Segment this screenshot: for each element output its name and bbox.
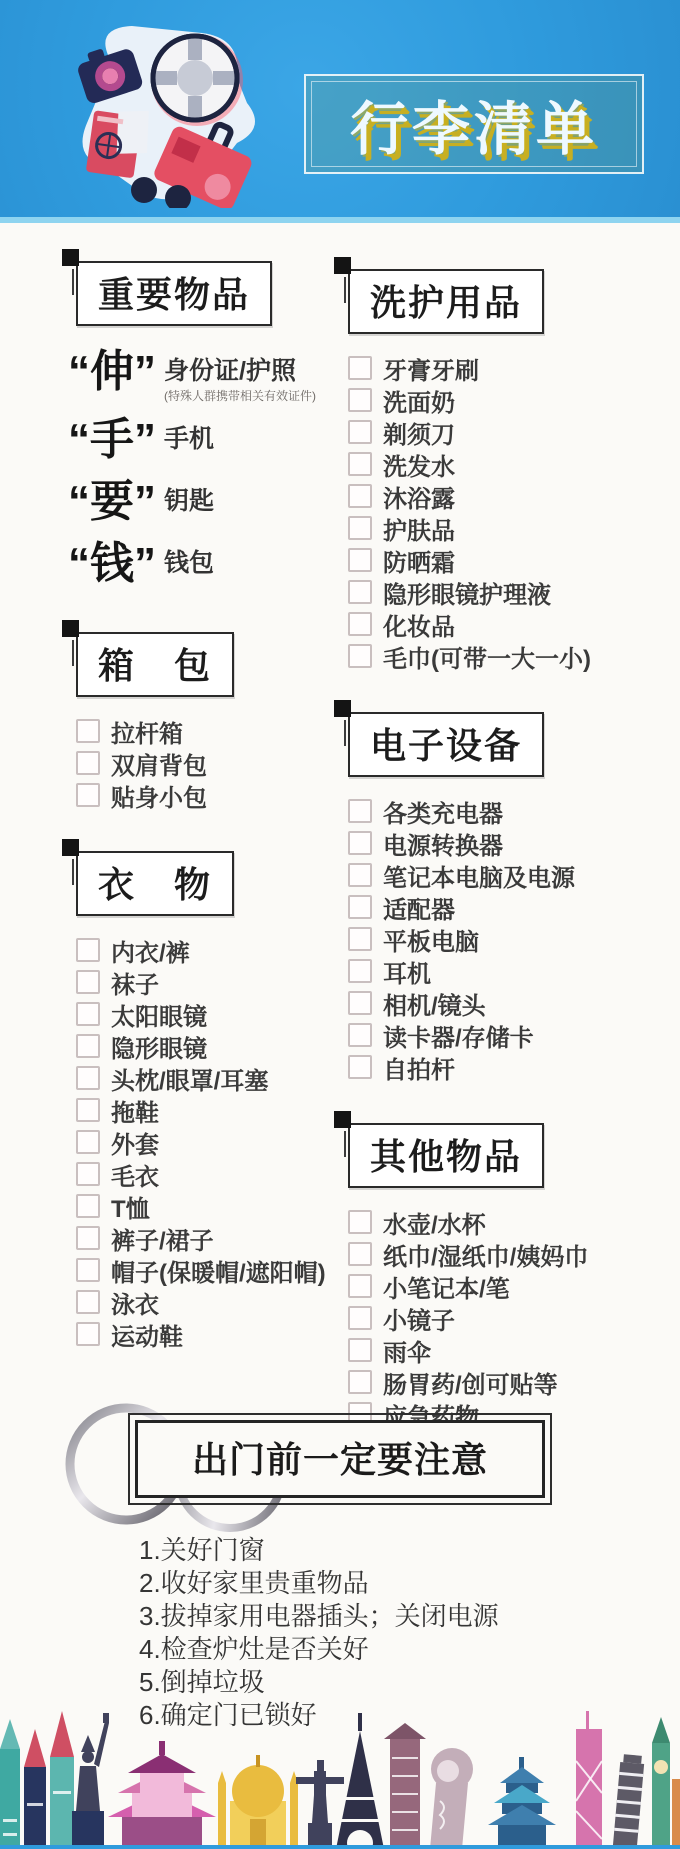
checkbox[interactable] <box>76 1066 100 1090</box>
mnemonic-note: (特殊人群携带相关有效证件) <box>164 387 316 404</box>
checklist-item-label: 洗发水 <box>383 447 455 482</box>
checkbox[interactable] <box>76 1098 100 1122</box>
checklist-item: 电源转换器 <box>348 827 664 859</box>
bank-of-china-tower <box>576 1711 602 1849</box>
checklist-item-label: 外套 <box>111 1125 159 1160</box>
mnemonic-label: 身份证/护照 <box>164 356 316 386</box>
checklist-item: 读卡器/存储卡 <box>348 1019 664 1051</box>
checklist-item-label: 自拍杆 <box>383 1050 455 1085</box>
checklist-item: 双肩背包 <box>76 747 320 779</box>
header-banner: 行李清单 <box>0 0 680 223</box>
checklist-item-label: 防晒霜 <box>383 543 455 578</box>
taj-mahal <box>218 1755 298 1849</box>
checklist-item-label: 内衣/裤 <box>111 933 190 968</box>
notice-item: 4.检查炉灶是否关好 <box>139 1633 559 1666</box>
bags-checklist: 拉杆箱 双肩背包 贴身小包 <box>62 715 320 811</box>
checklist-item-label: 笔记本电脑及电源 <box>383 858 575 893</box>
checklist-item: 笔记本电脑及电源 <box>348 859 664 891</box>
clothes-checklist: 内衣/裤 袜子 太阳眼镜 隐形眼镜 <box>62 934 320 1350</box>
checklist-item: 隐形眼镜 <box>76 1030 320 1062</box>
checklist-item: 自拍杆 <box>348 1051 664 1083</box>
big-ben <box>652 1717 680 1849</box>
checklist-item-label: 各类充电器 <box>383 794 503 829</box>
checklist-item: 平板电脑 <box>348 923 664 955</box>
checklist-item-label: 袜子 <box>111 965 159 1000</box>
checklist-item: 纸巾/湿纸巾/姨妈巾 <box>348 1238 664 1270</box>
checkbox[interactable] <box>348 1210 372 1234</box>
checklist-item-label: 头枕/眼罩/耳塞 <box>111 1061 268 1096</box>
checkbox[interactable] <box>348 1338 372 1362</box>
checklist-item: 适配器 <box>348 891 664 923</box>
checklist-item: 隐形眼镜护理液 <box>348 576 664 608</box>
travel-illustration <box>52 8 272 208</box>
mnemonic-label: 钱包 <box>164 548 214 578</box>
section-title-clothes: 衣 物 <box>76 851 234 916</box>
checklist-item-label: 拖鞋 <box>111 1093 159 1128</box>
checkbox[interactable] <box>76 1034 100 1058</box>
life-ring-icon <box>151 34 243 126</box>
page-title-box: 行李清单 <box>304 74 644 174</box>
world-landmarks-skyline <box>0 1671 680 1849</box>
checkbox[interactable] <box>76 783 100 807</box>
checklist-item-label: 运动鞋 <box>111 1317 183 1352</box>
checkbox[interactable] <box>348 420 372 444</box>
christ-the-redeemer <box>296 1760 344 1849</box>
section-title-bags: 箱 包 <box>76 632 234 697</box>
checklist-item-label: 剃须刀 <box>383 415 455 450</box>
checklist-item-label: 纸巾/湿纸巾/姨妈巾 <box>383 1237 588 1272</box>
checkbox[interactable] <box>348 580 372 604</box>
left-column: 重要物品 “伸” 身份证/护照 (特殊人群携带相关有效证件) “手” <box>62 223 320 1419</box>
checkbox[interactable] <box>348 927 372 951</box>
statue-of-liberty <box>72 1713 109 1849</box>
mnemonic-key: “伸” <box>68 346 156 398</box>
notice-item: 1.关好门窗 <box>139 1534 559 1567</box>
checklist-item: 泳衣 <box>76 1286 320 1318</box>
checklist-item-label: 雨伞 <box>383 1333 431 1368</box>
electronics-checklist: 各类充电器 电源转换器 笔记本电脑及电源 适配器 <box>334 795 664 1083</box>
checklist-item-label: 平板电脑 <box>383 922 479 957</box>
st-basils-cathedral <box>0 1711 74 1849</box>
checkbox[interactable] <box>76 1290 100 1314</box>
mnemonic-label: 手机 <box>164 424 214 454</box>
checklist-item-label: 太阳眼镜 <box>111 997 207 1032</box>
checkbox[interactable] <box>348 1055 372 1079</box>
merlion <box>430 1748 473 1849</box>
checklist-item: 护肤品 <box>348 512 664 544</box>
checklist-item: 耳机 <box>348 955 664 987</box>
checklist-item: 毛衣 <box>76 1158 320 1190</box>
checklist-item-label: 牙膏牙刷 <box>383 351 479 386</box>
checklist-item: 裤子/裙子 <box>76 1222 320 1254</box>
checklist-item-label: 隐形眼镜 <box>111 1029 207 1064</box>
checklist-item-label: 毛衣 <box>111 1157 159 1192</box>
checkbox[interactable] <box>348 863 372 887</box>
checklist-item: 各类充电器 <box>348 795 664 827</box>
bottom-border <box>0 1845 680 1849</box>
checklist-item: 相机/镜头 <box>348 987 664 1019</box>
checklist-item-label: 小镜子 <box>383 1301 455 1336</box>
toiletries-checklist: 牙膏牙刷 洗面奶 剃须刀 洗发水 <box>334 352 664 672</box>
checklist-item: 袜子 <box>76 966 320 998</box>
checkbox[interactable] <box>348 452 372 476</box>
mnemonic-item: “钱” 钱包 <box>68 538 320 590</box>
notice-item: 3.拔掉家用电器插头；关闭电源 <box>139 1600 559 1633</box>
checklist-item-label: 读卡器/存储卡 <box>383 1018 534 1053</box>
right-column: 洗护用品 牙膏牙刷 洗面奶 剃须刀 <box>334 223 664 1419</box>
checklist-item-label: 耳机 <box>383 954 431 989</box>
checklist-item: 剃须刀 <box>348 416 664 448</box>
checklist-item: 小镜子 <box>348 1302 664 1334</box>
checkbox[interactable] <box>348 959 372 983</box>
mnemonic-item: “伸” 身份证/护照 (特殊人群携带相关有效证件) <box>68 346 320 404</box>
packing-list-poster: 行李清单 重要物品 “伸” 身份证/护照 (特殊人群携带相关有效证件) <box>0 0 680 1849</box>
checklist-item: 洗发水 <box>348 448 664 480</box>
notice-title: 出门前一定要注意 <box>192 1439 488 1480</box>
checklist-item-label: 小笔记本/笔 <box>383 1269 510 1304</box>
checklist-item: 头枕/眼罩/耳塞 <box>76 1062 320 1094</box>
notice-title-box: 出门前一定要注意 <box>135 1420 545 1498</box>
checklist-item: 外套 <box>76 1126 320 1158</box>
checkbox[interactable] <box>76 1258 100 1282</box>
checkbox[interactable] <box>76 1130 100 1154</box>
checklist-item: 水壶/水杯 <box>348 1206 664 1238</box>
checkbox[interactable] <box>348 799 372 823</box>
japanese-pagoda <box>488 1757 556 1849</box>
checklist-item: 毛巾(可带一大一小) <box>348 640 664 672</box>
checklist-item-label: 隐形眼镜护理液 <box>383 575 551 610</box>
checkbox[interactable] <box>76 1226 100 1250</box>
checkbox[interactable] <box>348 1242 372 1266</box>
checklist-item-label: 洗面奶 <box>383 383 455 418</box>
checklist-item: 洗面奶 <box>348 384 664 416</box>
checklist-item-label: 相机/镜头 <box>383 986 486 1021</box>
checkbox[interactable] <box>348 548 372 572</box>
checklist-item: 沐浴露 <box>348 480 664 512</box>
checklist-columns: 重要物品 “伸” 身份证/护照 (特殊人群携带相关有效证件) “手” <box>0 223 680 1419</box>
mnemonic-item: “要” 钥匙 <box>68 476 320 528</box>
checkbox[interactable] <box>348 612 372 636</box>
checkbox[interactable] <box>348 1370 372 1394</box>
checkbox[interactable] <box>76 970 100 994</box>
checkbox[interactable] <box>348 895 372 919</box>
checklist-item-label: 双肩背包 <box>111 746 207 781</box>
checklist-item: 化妆品 <box>348 608 664 640</box>
checkbox[interactable] <box>348 1274 372 1298</box>
checkbox[interactable] <box>348 516 372 540</box>
checkbox[interactable] <box>76 1002 100 1026</box>
checkbox[interactable] <box>76 1322 100 1346</box>
checklist-item-label: 拉杆箱 <box>111 714 183 749</box>
mnemonic-key: “手” <box>68 414 156 466</box>
wheel-icon <box>131 177 157 203</box>
checklist-item: 运动鞋 <box>76 1318 320 1350</box>
checklist-item: 拖鞋 <box>76 1094 320 1126</box>
checkbox[interactable] <box>348 831 372 855</box>
checkbox[interactable] <box>348 356 372 380</box>
checklist-item-label: 护肤品 <box>383 511 455 546</box>
checkbox[interactable] <box>76 938 100 962</box>
checklist-item: 内衣/裤 <box>76 934 320 966</box>
checkbox[interactable] <box>348 484 372 508</box>
section-title-electronics: 电子设备 <box>348 712 544 777</box>
checklist-item-label: 泳衣 <box>111 1285 159 1320</box>
checklist-item-label: 水壶/水杯 <box>383 1205 486 1240</box>
section-title-important: 重要物品 <box>76 261 272 326</box>
important-mnemonic-list: “伸” 身份证/护照 (特殊人群携带相关有效证件) “手” 手机 <box>62 346 320 590</box>
chinese-temple <box>108 1741 216 1849</box>
pagoda-tower <box>384 1723 426 1849</box>
checklist-item-label: 帽子(保暖帽/遮阳帽) <box>111 1253 326 1288</box>
checkbox[interactable] <box>348 388 372 412</box>
checklist-item-label: 电源转换器 <box>383 826 503 861</box>
checklist-item: 拉杆箱 <box>76 715 320 747</box>
checklist-item: 牙膏牙刷 <box>348 352 664 384</box>
checklist-item: 雨伞 <box>348 1334 664 1366</box>
notice-item: 2.收好家里贵重物品 <box>139 1567 559 1600</box>
checkbox[interactable] <box>348 644 372 668</box>
section-title-toiletries: 洗护用品 <box>348 269 544 334</box>
mnemonic-key: “要” <box>68 476 156 528</box>
checklist-item-label: 裤子/裙子 <box>111 1221 214 1256</box>
section-title-others: 其他物品 <box>348 1123 544 1188</box>
checklist-item-label: 肠胃药/创可贴等 <box>383 1365 558 1400</box>
mnemonic-item: “手” 手机 <box>68 414 320 466</box>
checkbox[interactable] <box>348 1306 372 1330</box>
checkbox[interactable] <box>348 1023 372 1047</box>
mnemonic-label: 钥匙 <box>164 486 214 516</box>
page-title: 行李清单 <box>350 82 598 166</box>
checkbox[interactable] <box>76 1162 100 1186</box>
leaning-tower-of-pisa <box>613 1754 645 1849</box>
checklist-item-label: 适配器 <box>383 890 455 925</box>
checkbox[interactable] <box>76 719 100 743</box>
checklist-item: 肠胃药/创可贴等 <box>348 1366 664 1398</box>
checklist-item: 太阳眼镜 <box>76 998 320 1030</box>
checklist-item-label: 毛巾(可带一大一小) <box>383 639 591 674</box>
mnemonic-key: “钱” <box>68 538 156 590</box>
checklist-item-label: T恤 <box>111 1189 150 1224</box>
checklist-item: 防晒霜 <box>348 544 664 576</box>
checkbox[interactable] <box>348 991 372 1015</box>
checkbox[interactable] <box>76 751 100 775</box>
checklist-item-label: 贴身小包 <box>111 778 207 813</box>
checklist-item-label: 沐浴露 <box>383 479 455 514</box>
checklist-item: T恤 <box>76 1190 320 1222</box>
checklist-item: 小笔记本/笔 <box>348 1270 664 1302</box>
checklist-item: 贴身小包 <box>76 779 320 811</box>
checklist-item-label: 化妆品 <box>383 607 455 642</box>
checkbox[interactable] <box>76 1194 100 1218</box>
checklist-item: 帽子(保暖帽/遮阳帽) <box>76 1254 320 1286</box>
